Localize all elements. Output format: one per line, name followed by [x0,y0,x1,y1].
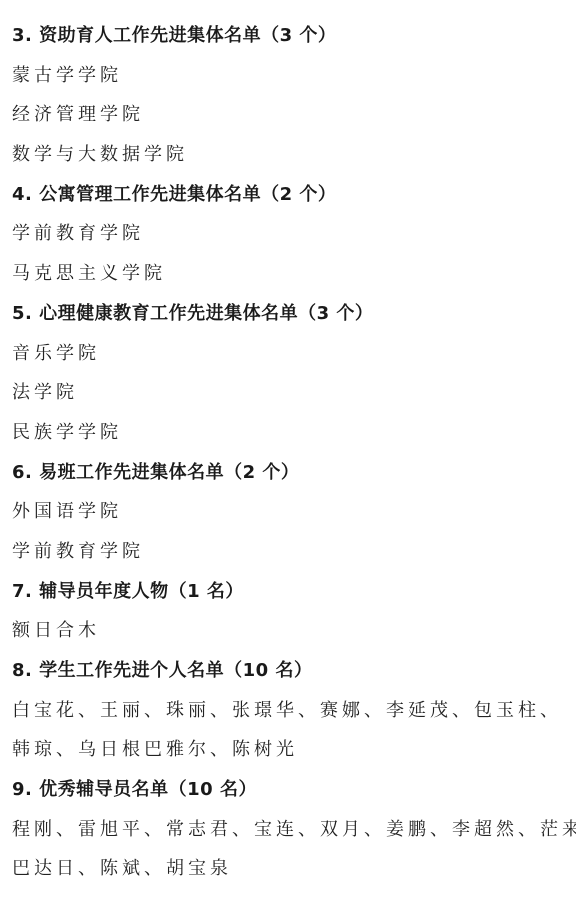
list-item: 额日合木 [12,611,568,651]
list-item: 蒙古学学院 [12,56,568,96]
section-heading-7: 7. 辅导员年度人物（1 名） [12,572,568,612]
list-item: 学前教育学院 [12,532,568,572]
document-body: 3. 资助育人工作先进集体名单（3 个） 蒙古学学院 经济管理学院 数学与大数据… [12,16,568,889]
list-item: 马克思主义学院 [12,254,568,294]
section-heading-4: 4. 公寓管理工作先进集体名单（2 个） [12,175,568,215]
section-heading-6: 6. 易班工作先进集体名单（2 个） [12,453,568,493]
name-list-line: 白宝花、王丽、珠丽、张璟华、赛娜、李延茂、包玉柱、 [12,691,568,731]
section-heading-5: 5. 心理健康教育工作先进集体名单（3 个） [12,294,568,334]
name-list-line: 程刚、雷旭平、常志君、宝连、双月、姜鹏、李超然、茫来 [12,810,568,850]
section-heading-8: 8. 学生工作先进个人名单（10 名） [12,651,568,691]
list-item: 学前教育学院 [12,214,568,254]
section-heading-9: 9. 优秀辅导员名单（10 名） [12,770,568,810]
list-item: 法学院 [12,373,568,413]
list-item: 外国语学院 [12,492,568,532]
list-item: 音乐学院 [12,334,568,374]
section-heading-3: 3. 资助育人工作先进集体名单（3 个） [12,16,568,56]
name-list-line: 巴达日、陈斌、胡宝泉 [12,849,568,889]
name-list-line: 韩琼、乌日根巴雅尔、陈树光 [12,730,568,770]
list-item: 民族学学院 [12,413,568,453]
list-item: 数学与大数据学院 [12,135,568,175]
list-item: 经济管理学院 [12,95,568,135]
